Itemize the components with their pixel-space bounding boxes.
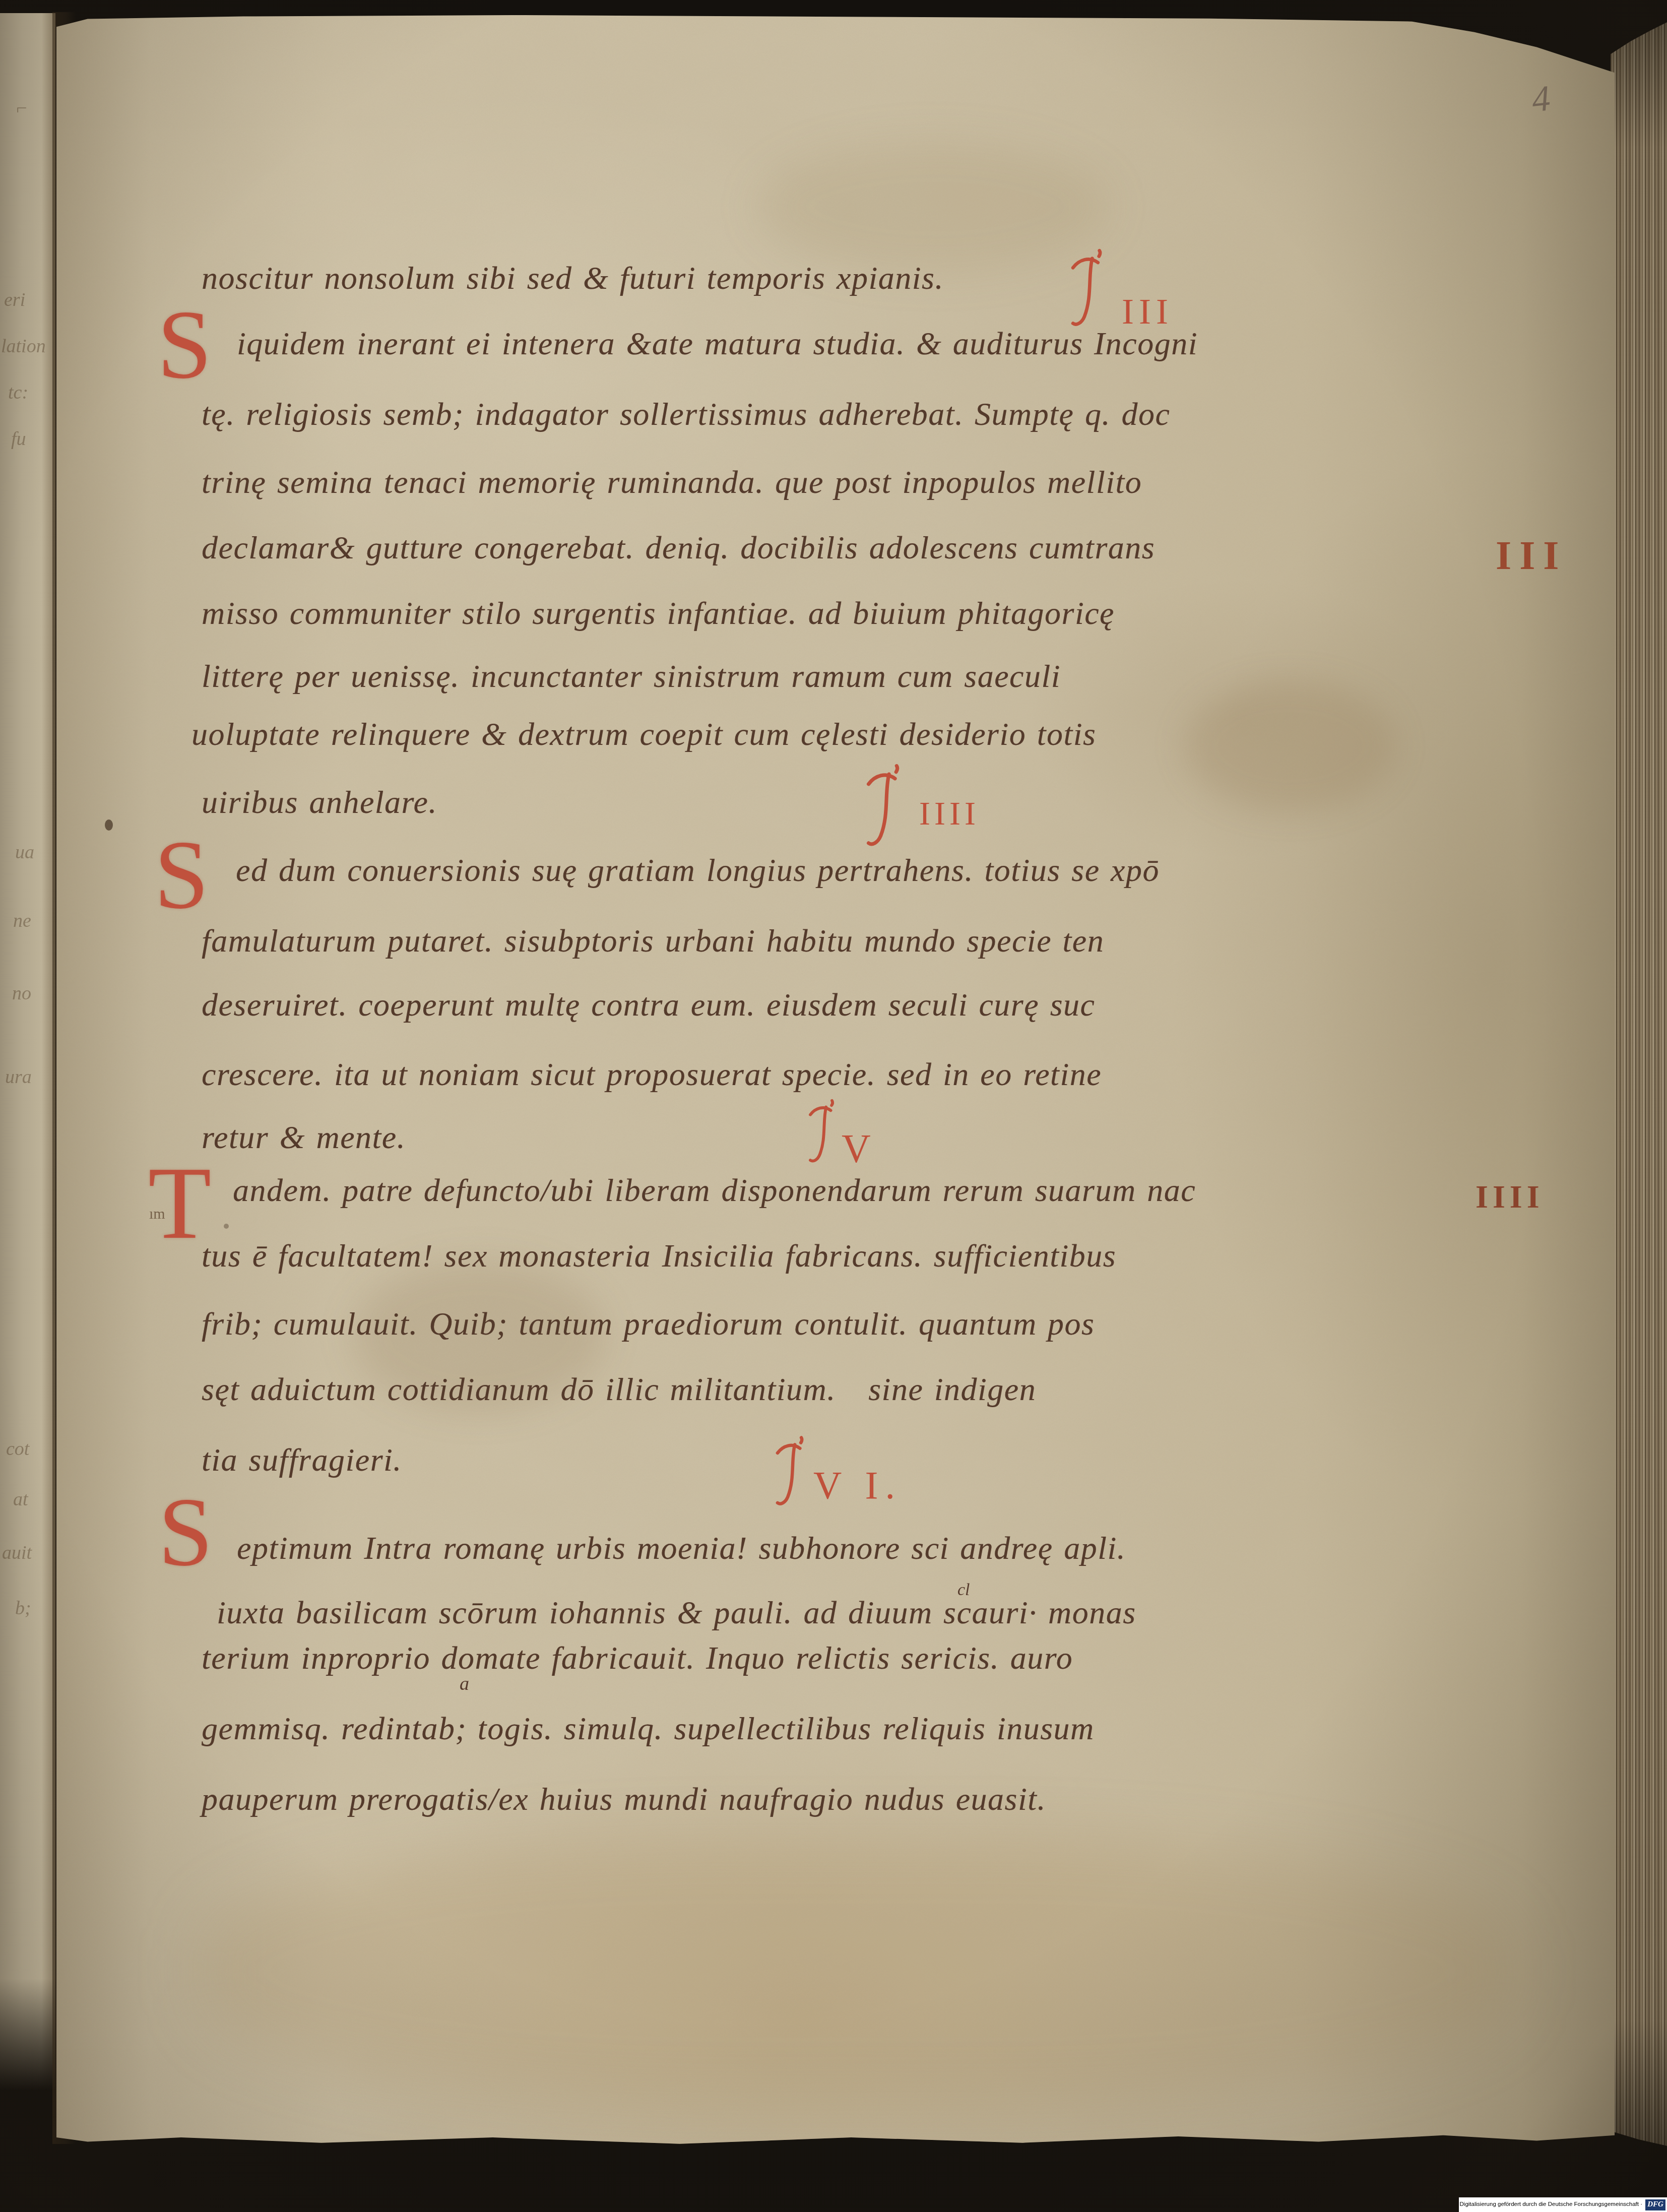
rubric-initial-T: T	[148, 1163, 211, 1244]
rubric-initial-S: S	[154, 837, 209, 913]
ink-blot	[105, 819, 113, 831]
manuscript-line: gemmisq. redintab; togis. simulq. supell…	[202, 1713, 1095, 1745]
manuscript-line: sęt aduictum cottidianum dō illic milita…	[202, 1373, 1036, 1406]
manuscript-line: pauperum prerogatis/ex huius mundi naufr…	[202, 1783, 1046, 1815]
ink-blot	[224, 1224, 229, 1229]
chapter-mark-icon	[768, 1434, 811, 1511]
manuscript-line: frib; cumulauit. Quib; tantum praediorum…	[202, 1308, 1095, 1340]
manuscript-scan: { "page": { "folio_number": "4", "lines"…	[0, 0, 1667, 2212]
margin-numeral-right: IIII	[1476, 1178, 1544, 1216]
chapter-mark-icon	[860, 762, 906, 853]
margin-numeral-right: III	[1496, 533, 1567, 579]
chapter-mark-icon	[1064, 247, 1109, 333]
edge-fragment: cot	[6, 1439, 29, 1459]
interlinear-correction: a	[460, 1674, 469, 1693]
margin-note-left: ım	[149, 1206, 165, 1223]
chapter-mark-icon	[801, 1098, 842, 1168]
fore-edge-page-stack	[1611, 20, 1667, 2148]
manuscript-line: crescere. ita ut noniam sicut proposuera…	[202, 1058, 1102, 1091]
manuscript-line: ed dum conuersionis suę gratiam longius …	[236, 854, 1160, 887]
manuscript-line: misso communiter stilo surgentis infanti…	[202, 597, 1115, 629]
manuscript-line: tę. religiosis semb; indagator sollertis…	[202, 398, 1170, 430]
manuscript-line: iuxta basilicam scōrum iohannis & pauli.…	[217, 1597, 1136, 1629]
manuscript-line: noscitur nonsolum sibi sed & futuri temp…	[202, 262, 944, 294]
edge-fragment: ua	[15, 843, 34, 862]
edge-fragment: no	[12, 984, 31, 1003]
edge-fragment: b;	[15, 1599, 31, 1618]
manuscript-line: deseruiret. coeperunt multę contra eum. …	[202, 989, 1095, 1021]
edge-fragment: auit	[2, 1543, 32, 1562]
manuscript-line: eptimum Intra romanę urbis moenia! subho…	[237, 1532, 1126, 1564]
manuscript-line: andem. patre defuncto/ubi liberam dispon…	[233, 1174, 1196, 1207]
edge-fragment: lation	[1, 337, 46, 356]
previous-page-edge	[0, 13, 55, 2105]
rubric-initial-S: S	[157, 306, 212, 383]
manuscript-line: iquidem inerant ei intenera &ate matura …	[237, 328, 1198, 360]
manuscript-line: tus ē facultatem! sex monasteria Insicil…	[202, 1240, 1116, 1272]
dfg-logo: DFG	[1645, 2199, 1665, 2210]
folio-number: 4	[1530, 80, 1552, 117]
edge-fragment: tc:	[8, 383, 28, 402]
manuscript-line: litterę per uenissę. incunctanter sinist…	[202, 660, 1061, 692]
edge-fragment: ura	[5, 1067, 32, 1087]
chapter-numeral: IIII	[919, 797, 980, 831]
manuscript-line: famulaturum putaret. sisubptoris urbani …	[202, 925, 1104, 957]
chapter-numeral: III	[1122, 293, 1173, 330]
edge-fragment: eri	[4, 290, 25, 309]
credit-text: Digitalisierung gefördert durch die Deut…	[1460, 2202, 1642, 2208]
manuscript-line: retur & mente.	[202, 1121, 406, 1154]
manuscript-line: uiribus anhelare.	[202, 786, 437, 818]
manuscript-line: terium inproprio domate fabricauit. Inqu…	[202, 1642, 1073, 1674]
chapter-numeral: V I.	[813, 1466, 902, 1505]
chapter-numeral: V	[842, 1129, 876, 1169]
rubric-initial-S: S	[158, 1494, 213, 1570]
edge-fragment: at	[13, 1490, 28, 1509]
edge-fragment: fu	[11, 429, 26, 449]
manuscript-line: tia suffragieri.	[202, 1444, 402, 1476]
manuscript-line: uoluptate relinquere & dextrum coepit cu…	[191, 718, 1097, 750]
manuscript-line: trinę semina tenaci memorię ruminanda. q…	[202, 466, 1142, 498]
digitization-credit-strip: Digitalisierung gefördert durch die Deut…	[1459, 2197, 1667, 2212]
edge-fragment: ne	[13, 911, 31, 930]
manuscript-line: declamar& gutture congerebat. deniq. doc…	[202, 532, 1155, 564]
edge-fragment: ⌐	[15, 99, 28, 118]
